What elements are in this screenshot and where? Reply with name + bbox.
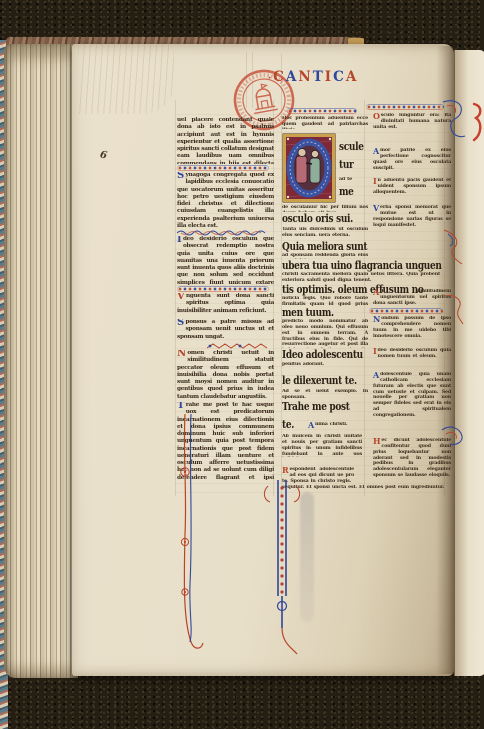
gloss-text: uel placere contendant quale dona ab ist… — [177, 117, 274, 164]
gloss-caption: Hoc prohemium aduentum ecce quem gaudent… — [282, 116, 368, 129]
pen-chain-ornament — [177, 286, 269, 292]
header-letter: N — [298, 69, 311, 85]
gloss-text: omen christi uetuit in similitudinem sta… — [177, 350, 274, 400]
colored-initial: R — [282, 467, 288, 473]
colored-initial: N — [177, 350, 186, 358]
gloss-caption: penitus adorant. — [282, 362, 342, 369]
gloss-paragraph: Nondum possum de ipso comprehendere nome… — [373, 316, 451, 343]
gloss-text: mor patrie ex eius perfectione cognoscit… — [373, 148, 451, 171]
lemma-line: tur — [339, 158, 353, 170]
pen-descender-flourish-left — [176, 414, 212, 659]
colored-initial: A — [308, 422, 314, 428]
gloss-paragraph: Anima christi. — [308, 422, 368, 433]
colored-initial: I — [177, 236, 181, 244]
gloss-text: sculo iunguntur ora: ita diuinitati huma… — [373, 113, 451, 130]
gloss-text: n aduentu pacis gaudent et uident sponsu… — [373, 178, 451, 195]
gloss-paragraph: Osculo iunguntur ora: ita diuinitati hum… — [373, 113, 451, 137]
pen-chain-ornament — [287, 108, 357, 114]
gloss-text: d similitudinem unguentorum uel spiritus… — [373, 289, 451, 306]
colored-initial: S — [177, 172, 184, 180]
lemma-line: Trahe me post — [282, 400, 350, 412]
colored-initial: N — [373, 316, 380, 322]
gloss-paragraph: Vnguenta sunt dona sancti spiritus optim… — [177, 293, 274, 319]
pen-descender-flourish-center — [262, 478, 302, 663]
lemma-line: men tuum. — [282, 306, 334, 318]
running-header: · C A N T I C A — [268, 69, 357, 85]
gloss-caption: Tanta uis dulcedinis ut osculum eius sen… — [282, 227, 368, 239]
lemma-line-wide: ubera tua uino flagrancia unguen — [282, 259, 442, 271]
gloss-text: ondum possum de ipso comprehendere nomen… — [373, 316, 451, 339]
lemma-line: le dilexerunt te. — [282, 374, 357, 386]
colored-initial: I — [373, 178, 377, 184]
gloss-paragraph: In aduentu pacis gaudent et uident spons… — [373, 178, 451, 202]
gloss-paragraph: Sponsus a patre missus ad sponsam uenit … — [177, 319, 274, 343]
show-through-ghost-flourish — [300, 492, 314, 622]
gloss-caption: ad te — [339, 177, 365, 184]
lemma-line: te. — [282, 418, 294, 430]
colored-initial: V — [177, 293, 185, 301]
illuminated-initial-O — [282, 133, 336, 203]
lemma-line: Ideo adolescentu — [282, 348, 363, 360]
manuscript-photo: · C A N T I C A 6 uel placere contendant… — [0, 0, 484, 729]
pen-chain-ornament — [177, 165, 269, 171]
lemma-line: me — [339, 185, 354, 197]
colored-initial: H — [373, 438, 380, 444]
gloss-paragraph: Amor patrie ex eius perfectione cognosci… — [373, 148, 451, 173]
gloss-text: deo desiderio osculum quia nomen tuum et… — [378, 348, 451, 359]
gloss-text: dolescentule quia unam catholicam eccles… — [373, 372, 451, 418]
pen-chain-ornament — [369, 308, 443, 314]
pen-flourish-curl — [440, 228, 464, 268]
gloss-text: nguenta sunt dona sancti spiritus optima… — [177, 293, 274, 314]
gloss-text: ponsus a patre missus ad sponsam uenit u… — [177, 319, 274, 340]
header-letter: C — [333, 69, 344, 85]
gloss-paragraph: uel placere contendant quale dona ab ist… — [177, 117, 274, 164]
gloss-text: deo desiderio osculum que obsecrat redem… — [177, 236, 274, 285]
gloss-text: erba sponsi memorat que mutue est ut in … — [373, 205, 451, 228]
gloss-caption: sequitur. Et sponsi uncta est. Et omnes … — [282, 485, 454, 492]
page-stack-fore-edge — [4, 44, 78, 678]
colored-initial: A — [373, 289, 379, 295]
colored-initial: V — [373, 205, 379, 211]
header-letter: A — [286, 69, 297, 85]
lemma-line: osculo oris sui. — [282, 212, 353, 224]
gloss-paragraph: Nomen christi uetuit in similitudinem st… — [177, 350, 274, 402]
gloss-paragraph: Synagoga congregata quod ex lapidibus ec… — [177, 172, 274, 229]
pen-flourish-curl — [440, 424, 466, 454]
pen-flourish-curl — [441, 98, 467, 142]
facing-page-initial-flourish — [472, 100, 484, 144]
colored-initial: I — [373, 348, 377, 354]
gloss-paragraph: Adolescentule quia unam catholicam eccle… — [373, 372, 451, 432]
header-letter: T — [313, 69, 324, 85]
header-letter: I — [325, 69, 332, 85]
lemma-line: scule — [339, 140, 364, 152]
header-letter: C — [273, 69, 284, 85]
colored-initial: A — [373, 372, 379, 378]
gloss-text: nima christi. — [315, 422, 347, 427]
gloss-caption: predicto modo nominatur ab oleo nouo omn… — [282, 319, 368, 348]
pen-zigzag-ornament — [177, 343, 269, 350]
lemma-line: Quia meliora sunt — [282, 240, 367, 252]
gloss-paragraph: Ideo desiderio osculum que obsecrat rede… — [177, 236, 274, 285]
pen-flourish-curl — [443, 292, 465, 326]
gloss-text: ynagoga congregata quod ex lapidibus ecc… — [177, 172, 274, 229]
gloss-text: Hoc prohemium aduentum ecce quem gaudent… — [282, 116, 368, 129]
page-corner-grain — [78, 44, 174, 114]
pen-wave-ornament — [177, 229, 269, 236]
pen-chain-ornament — [366, 104, 444, 110]
colored-initial: A — [373, 148, 379, 154]
header-letter: A — [346, 69, 357, 85]
gloss-paragraph: Ad similitudinem unguentorum uel spiritu… — [373, 289, 451, 307]
colored-initial: S — [177, 319, 184, 327]
gloss-paragraph: Ideo desiderio osculum quia nomen tuum e… — [373, 348, 451, 364]
colored-initial: O — [373, 113, 380, 119]
gloss-caption: Ab inuicem in christi unitate et nouis p… — [282, 434, 362, 457]
colored-initial: T — [177, 402, 184, 410]
header-dot: · — [268, 74, 272, 84]
